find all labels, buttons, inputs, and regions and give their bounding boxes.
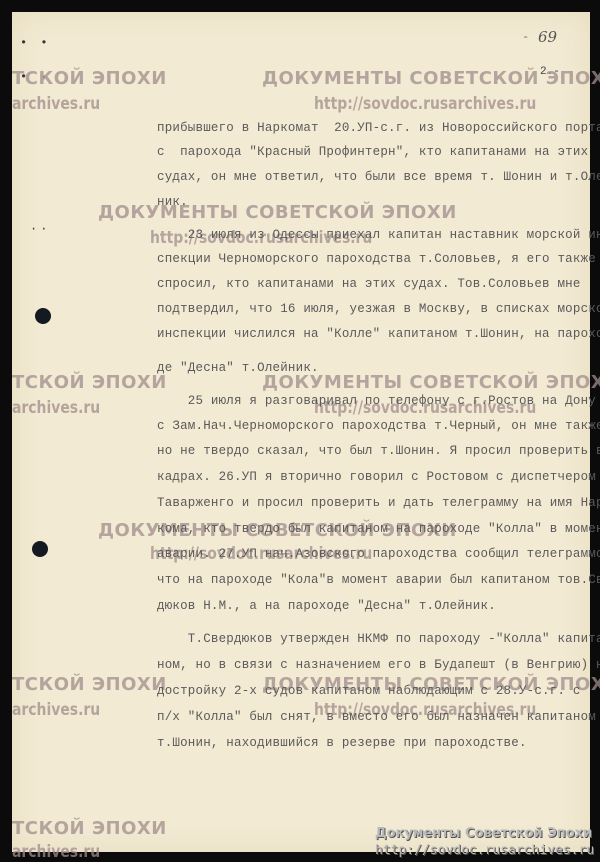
watermark-url: archives.ru (12, 94, 100, 114)
text-line: аварии. 27.УП нач.Азовского пароходства … (157, 547, 600, 561)
text-line: судах, он мне ответил, что были все врем… (157, 170, 600, 184)
footer-watermark-title: Документы Советской Эпохи (375, 826, 592, 841)
text-line: кома, кто твердо был капитаном на парохо… (157, 522, 600, 536)
watermark-title: ТСКОЙ ЭПОХИ (12, 818, 167, 839)
text-line: что на пароходе "Кола"в момент аварии бы… (157, 573, 600, 587)
text-line: спросил, кто капитанами на этих судах. Т… (157, 277, 581, 291)
punch-hole-icon (32, 541, 48, 557)
watermark-url: archives.ru (12, 842, 100, 862)
text-line: кадрах. 26.УП я вторично говорил с Росто… (157, 470, 596, 484)
text-line: дюков Н.М., а на пароходе "Десна" т.Олей… (157, 599, 496, 613)
text-line: прибывшего в Наркомат 20.УП-с.г. из Ново… (157, 121, 600, 135)
page-dash: - (522, 30, 529, 44)
watermark-title: ТСКОЙ ЭПОХИ (12, 372, 167, 393)
text-line: т.Шонин, находившийся в резерве при паро… (157, 736, 527, 750)
text-line: 25 июля я разговаривал по телефону с г.Р… (157, 394, 596, 408)
watermark-url: archives.ru (12, 398, 100, 418)
page-number: 69 (538, 28, 557, 46)
text-line: ник. (157, 195, 188, 209)
text-line: п/х "Колла" был снят, в вместо его был н… (157, 710, 596, 724)
watermark-title: ТСКОЙ ЭПОХИ (12, 68, 167, 89)
text-line: с парохода "Красный Профинтерн", кто кап… (157, 145, 588, 159)
text-line: ном, но в связи с назначением его в Буда… (157, 658, 600, 672)
text-line: Таварженго и просил проверить и дать тел… (157, 496, 600, 510)
text-line: но не твердо сказал, что был т.Шонин. Я … (157, 444, 600, 458)
margin-dots: ·· (30, 222, 50, 236)
watermark-title: ДОКУМЕНТЫ СОВЕТСКОЙ ЭПОХИ (262, 372, 600, 393)
text-line: 23 июля из Одессы приехал капитан настав… (157, 228, 600, 242)
watermark-url: http://sovdoc.rusarchives.ru (314, 94, 536, 114)
text-line: подтвердил, что 16 июля, уезжая в Москву… (157, 302, 600, 316)
text-line: спекции Черноморского пароходства т.Соло… (157, 252, 596, 266)
text-line: достройку 2-х судов капитаном наблюдающи… (157, 684, 581, 698)
text-line: де "Десна" т.Олейник. (157, 361, 319, 375)
watermark-url: archives.ru (12, 700, 100, 720)
footer-watermark-url: http://sovdoc.rusarchives.ru (375, 843, 594, 858)
text-line: инспекции числился на "Колле" капитаном … (157, 327, 600, 341)
punch-hole-icon (35, 308, 51, 324)
margin-dots: • • (20, 36, 51, 50)
watermark-title: ДОКУМЕНТЫ СОВЕТСКОЙ ЭПОХИ (262, 68, 600, 89)
text-line: с Зам.Нач.Черноморского пароходства т.Че… (157, 419, 600, 433)
watermark-title: ДОКУМЕНТЫ СОВЕТСКОЙ ЭПОХИ (98, 202, 457, 223)
watermark-title: ТСКОЙ ЭПОХИ (12, 674, 167, 695)
text-line: Т.Свердюков утвержден НКМФ по пароходу -… (157, 632, 600, 646)
